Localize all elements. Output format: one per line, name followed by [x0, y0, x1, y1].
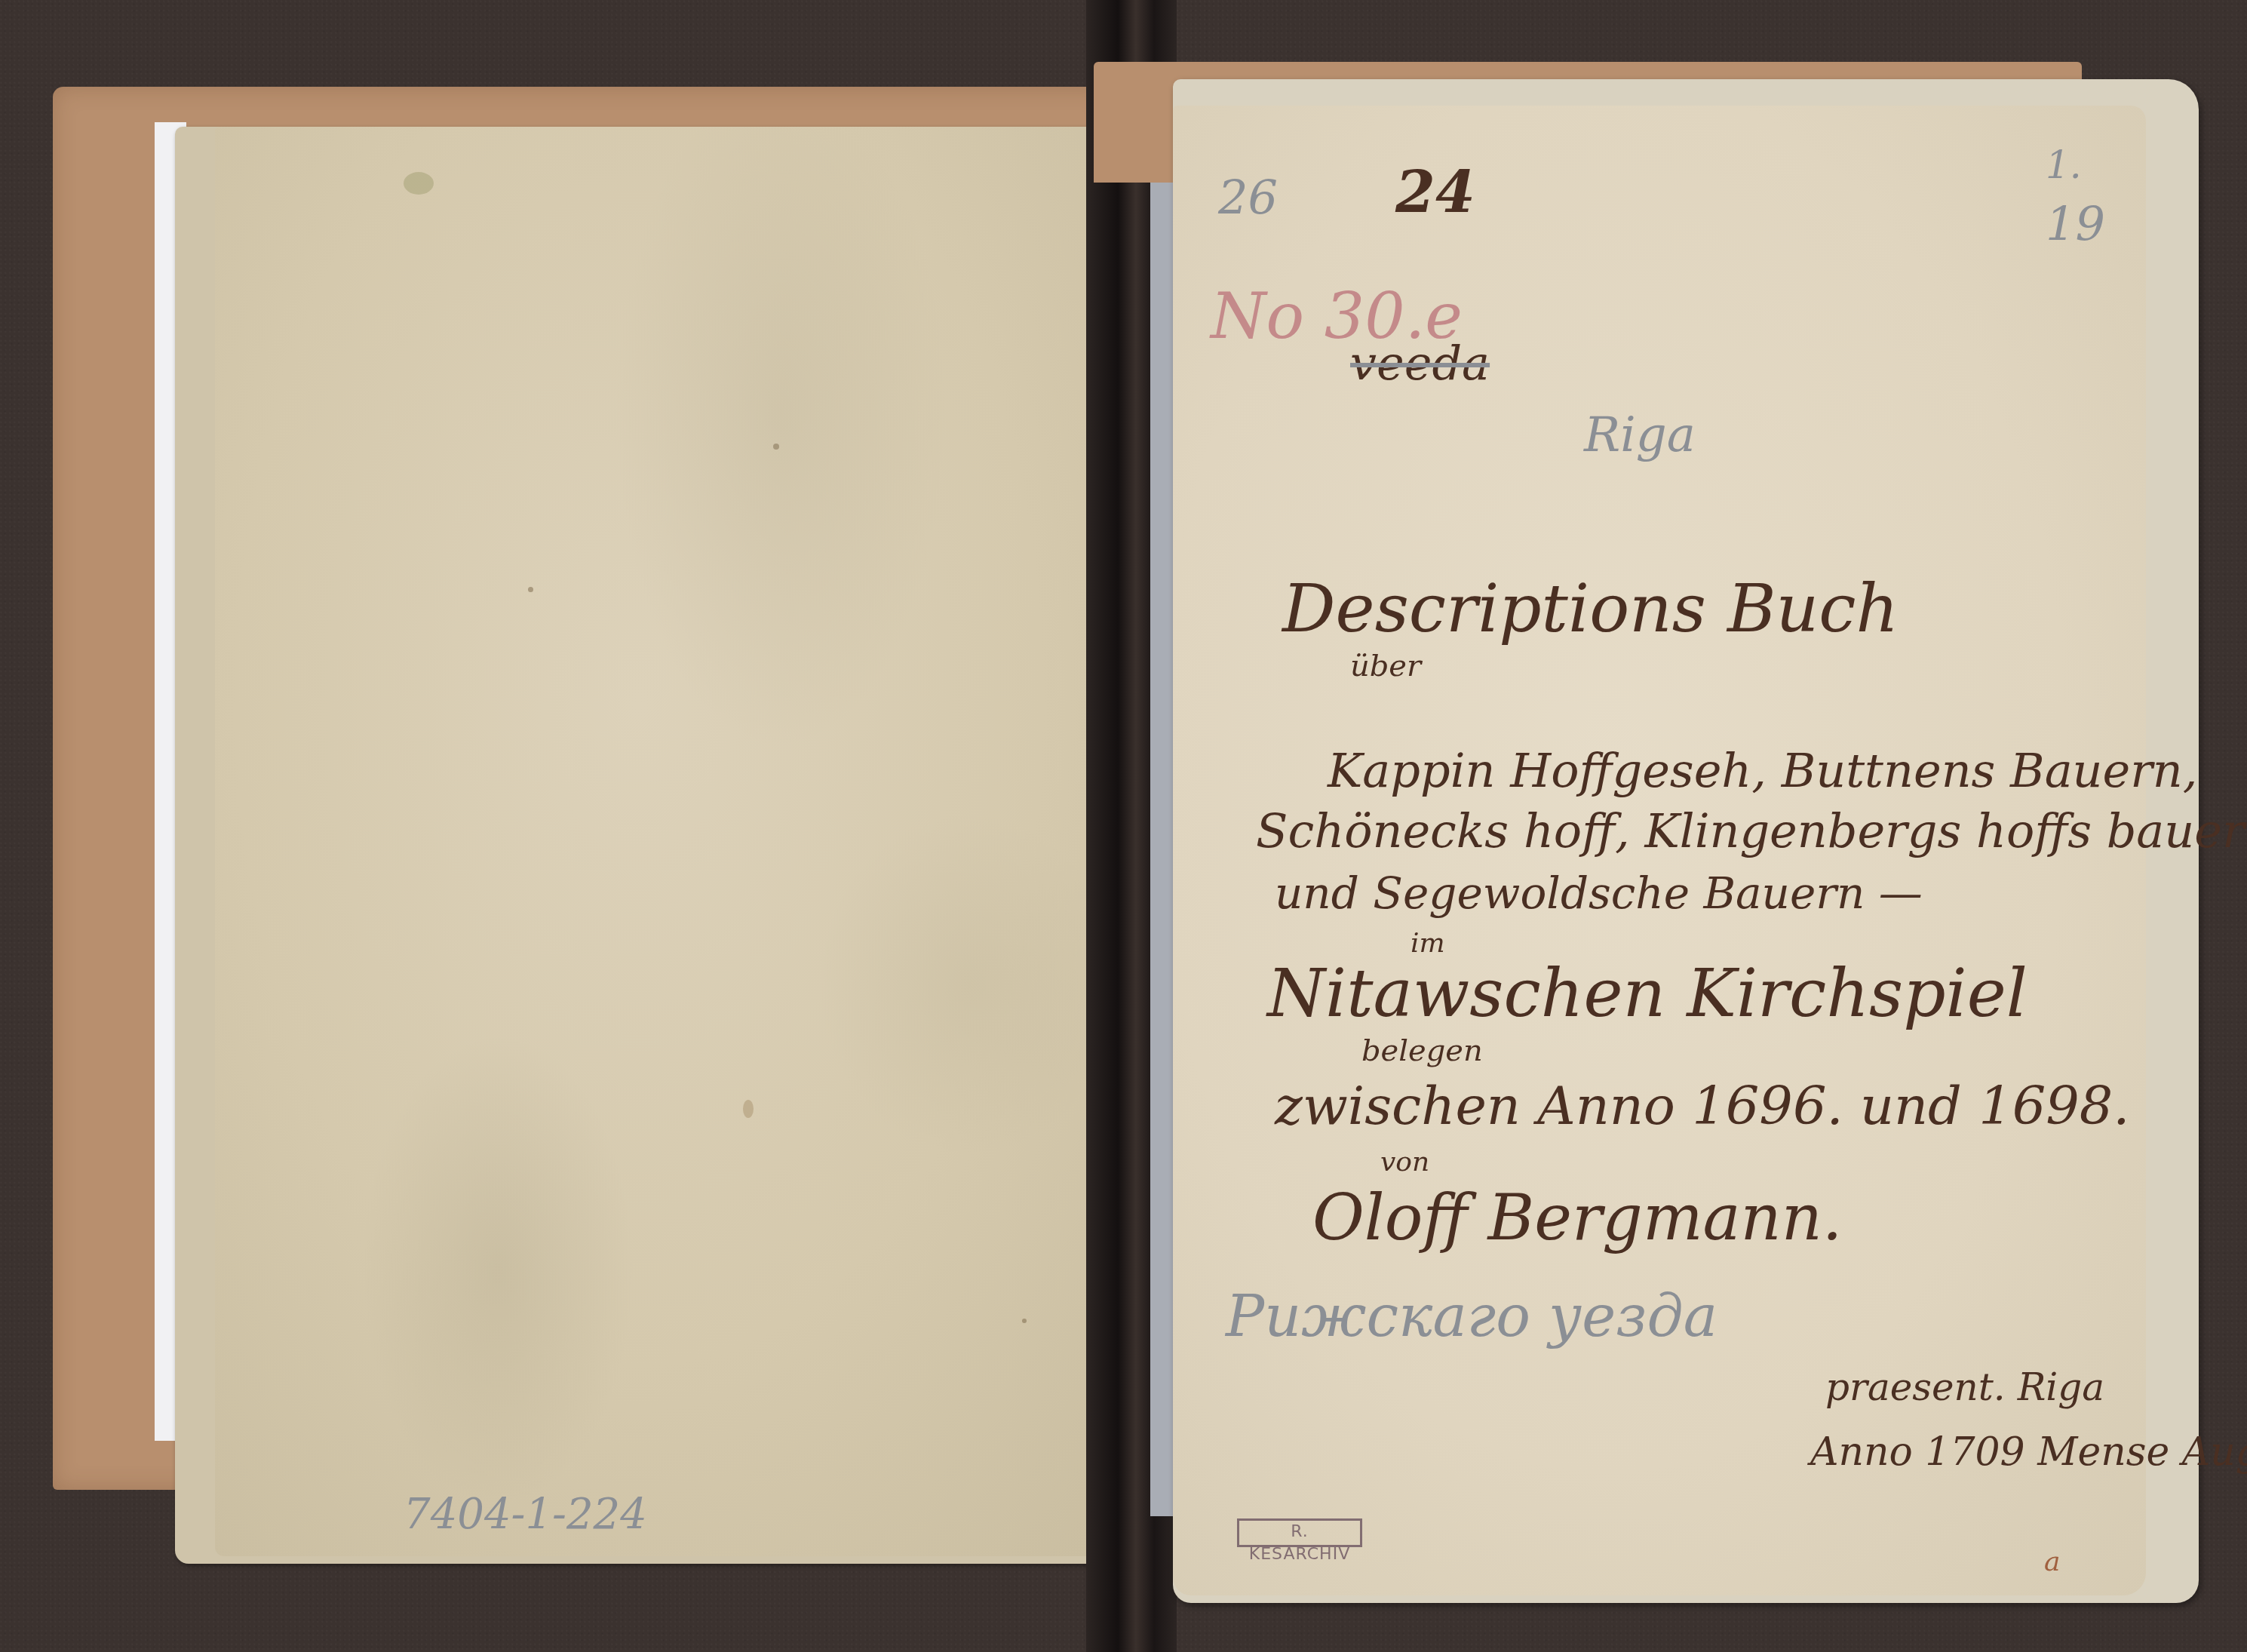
left-page — [215, 127, 1158, 1556]
place-pencil-note: Riga — [1584, 407, 1696, 463]
folio-number-pencil: 26 — [1218, 170, 1278, 225]
ink-spot — [1022, 1319, 1027, 1323]
title-line-5: zwischen Anno 1696. und 1698. — [1275, 1075, 2130, 1137]
ink-spot — [773, 444, 779, 450]
title-line-2: Schönecks hoff, Klingenbergs hoffs bauer… — [1256, 803, 2247, 858]
stain — [743, 1100, 754, 1118]
title-von: von — [1380, 1147, 1429, 1178]
crossed-out-word: veeda — [1350, 336, 1490, 391]
author-name: Oloff Bergmann. — [1312, 1181, 1843, 1254]
cyrillic-pencil-note: Рижскаго уезда — [1226, 1282, 1717, 1350]
title-line-1: Kappin Hoffgeseh, Buttnens Bauern, — [1328, 743, 2198, 798]
title-line-3: und Segewoldsche Bauern — — [1275, 867, 1923, 919]
corner-letter: a — [2044, 1546, 2060, 1577]
title-belegen: belegen — [1361, 1033, 1483, 1068]
title-descriptions-buch: Descriptions Buch — [1282, 570, 1899, 647]
ink-spot — [528, 587, 533, 592]
presentation-note-line-1: praesent. Riga — [1825, 1365, 2104, 1409]
presentation-note-line-2: Anno 1709 Mense Augusti — [1810, 1429, 2247, 1475]
title-ueber: über — [1350, 649, 1421, 683]
archive-reference-pencil: 7404-1-224 — [404, 1490, 647, 1539]
binding-tape — [1150, 136, 1173, 1516]
stain — [404, 172, 434, 195]
folio-number-ink: 24 — [1395, 158, 1475, 226]
archive-stamp: R. KESARCHIV — [1237, 1518, 1362, 1547]
folio-number-right: 19 — [2046, 196, 2105, 251]
title-line-4: Nitawschen Kirchspiel — [1267, 954, 2028, 1032]
folio-number-top-right: 1. — [2046, 143, 2082, 187]
